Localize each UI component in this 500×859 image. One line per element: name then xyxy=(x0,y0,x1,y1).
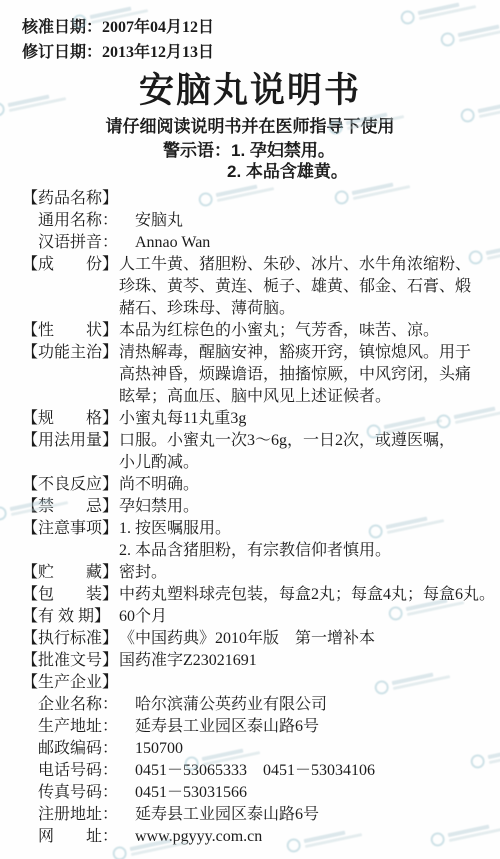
manufacturer-row-postal-code: 邮政编码： 150700 xyxy=(0,738,500,760)
production-address-value: 延寿县工业园区泰山路6号 xyxy=(135,716,500,738)
website-label: 网 址： xyxy=(38,826,135,848)
section-precautions: 【注意事项】 1. 按医嘱服用。 2. 本品含猪胆粉，有宗教信仰者慎用。 xyxy=(0,518,500,562)
section-content: 60个月 xyxy=(119,606,500,628)
section-drug-name: 【药品名称】 xyxy=(0,188,500,210)
section-adverse-reactions: 【不良反应】 尚不明确。 xyxy=(0,474,500,496)
sections: 【药品名称】 通用名称： 安脑丸 汉语拼音： Annao Wan 【成 份】 人… xyxy=(0,188,500,848)
precautions-line: 2. 本品含猪胆粉，有宗教信仰者慎用。 xyxy=(119,540,500,562)
warning-line-2: 2. 本品含雄黄。 xyxy=(227,161,500,182)
section-label: 【批准文号】 xyxy=(22,650,119,672)
pinyin-row: 汉语拼音： Annao Wan xyxy=(0,232,500,254)
functions-line: 高热神昏，烦躁谵语，抽搐惊厥，中风窍闭，头痛 xyxy=(119,364,500,386)
dosage-line: 口服。小蜜丸一次3～6g，一日2次，或遵医嘱， xyxy=(119,430,500,452)
section-content: 小蜜丸每11丸重3g xyxy=(119,408,500,430)
section-label: 【不良反应】 xyxy=(22,474,119,496)
functions-line: 眩晕；高血压、脑中风见上述证候者。 xyxy=(119,386,500,408)
ingredients-line: 人工牛黄、猪胆粉、朱砂、冰片、水牛角浓缩粉、 xyxy=(119,254,500,276)
ingredients-line: 赭石、珍珠母、薄荷脑。 xyxy=(119,298,500,320)
fax-label: 传真号码： xyxy=(38,782,135,804)
section-label: 【包 装】 xyxy=(22,584,119,606)
section-contraindications: 【禁 忌】 孕妇禁用。 xyxy=(0,496,500,518)
precautions-line: 1. 按医嘱服用。 xyxy=(119,518,500,540)
section-content: 孕妇禁用。 xyxy=(119,496,500,518)
storage-line: 密封。 xyxy=(119,562,500,584)
section-content: 密封。 xyxy=(119,562,500,584)
section-specification: 【规 格】 小蜜丸每11丸重3g xyxy=(0,408,500,430)
section-label: 【执行标准】 xyxy=(22,628,119,650)
production-address-label: 生产地址： xyxy=(38,716,135,738)
manufacturer-row-production-address: 生产地址： 延寿县工业园区泰山路6号 xyxy=(0,716,500,738)
section-label: 【贮 藏】 xyxy=(22,562,119,584)
approval-number-line: 国药准字Z23021691 xyxy=(119,650,500,672)
dosage-line: 小儿酌减。 xyxy=(119,452,500,474)
ingredients-line: 珍珠、黄芩、黄连、栀子、雄黄、郁金、石膏、煅 xyxy=(119,276,500,298)
section-label: 【成 份】 xyxy=(22,254,119,320)
generic-name-row: 通用名称： 安脑丸 xyxy=(0,210,500,232)
page-subtitle: 请仔细阅读说明书并在医师指导下使用 xyxy=(0,117,500,137)
section-storage: 【贮 藏】 密封。 xyxy=(0,562,500,584)
section-package: 【包 装】 中药丸塑料球壳包装，每盒2丸；每盒4丸；每盒6丸。 xyxy=(0,584,500,606)
section-label: 【功能主治】 xyxy=(22,342,119,408)
phone-label: 电话号码： xyxy=(38,760,135,782)
phone-value: 0451－53065333 0451－53034106 xyxy=(135,760,500,782)
revision-date: 修订日期：2013年12月13日 xyxy=(22,40,500,65)
validity-line: 60个月 xyxy=(119,606,500,628)
section-standard: 【执行标准】 《中国药典》2010年版 第一增补本 xyxy=(0,628,500,650)
company-name-label: 企业名称： xyxy=(38,694,135,716)
section-label: 【规 格】 xyxy=(22,408,119,430)
approval-date: 核准日期：2007年04月12日 xyxy=(22,15,500,40)
date-block: 核准日期：2007年04月12日 修订日期：2013年12月13日 xyxy=(0,0,500,65)
manufacturer-row-phone: 电话号码： 0451－53065333 0451－53034106 xyxy=(0,760,500,782)
section-functions: 【功能主治】 清热解毒，醒脑安神，豁痰开窍，镇惊熄风。用于 高热神昏，烦躁谵语，… xyxy=(0,342,500,408)
section-label: 【生产企业】 xyxy=(22,672,119,694)
section-label: 【禁 忌】 xyxy=(22,496,119,518)
warning-line-1: 警示语：1. 孕妇禁用。 xyxy=(163,140,500,161)
registered-address-value: 延寿县工业园区泰山路6号 xyxy=(135,804,500,826)
package-line: 中药丸塑料球壳包装，每盒2丸；每盒4丸；每盒6丸。 xyxy=(119,584,500,606)
section-label: 【性 状】 xyxy=(22,320,119,342)
standard-line: 《中国药典》2010年版 第一增补本 xyxy=(119,628,500,650)
section-label: 【药品名称】 xyxy=(22,188,119,210)
generic-name-value: 安脑丸 xyxy=(135,210,500,232)
properties-line: 本品为红棕色的小蜜丸；气芳香，味苦、凉。 xyxy=(119,320,500,342)
section-content: 本品为红棕色的小蜜丸；气芳香，味苦、凉。 xyxy=(119,320,500,342)
generic-name-label: 通用名称： xyxy=(38,210,135,232)
section-dosage: 【用法用量】 口服。小蜜丸一次3～6g，一日2次，或遵医嘱， 小儿酌减。 xyxy=(0,430,500,474)
postal-code-value: 150700 xyxy=(135,738,500,760)
section-manufacturer: 【生产企业】 xyxy=(0,672,500,694)
functions-line: 清热解毒，醒脑安神，豁痰开窍，镇惊熄风。用于 xyxy=(119,342,500,364)
section-content: 清热解毒，醒脑安神，豁痰开窍，镇惊熄风。用于 高热神昏，烦躁谵语，抽搐惊厥，中风… xyxy=(119,342,500,408)
contraindications-line: 孕妇禁用。 xyxy=(119,496,500,518)
page-title: 安脑丸说明书 xyxy=(0,72,500,110)
specification-line: 小蜜丸每11丸重3g xyxy=(119,408,500,430)
section-validity: 【有 效 期】 60个月 xyxy=(0,606,500,628)
section-label: 【用法用量】 xyxy=(22,430,119,474)
section-content: 《中国药典》2010年版 第一增补本 xyxy=(119,628,500,650)
section-content: 口服。小蜜丸一次3～6g，一日2次，或遵医嘱， 小儿酌减。 xyxy=(119,430,500,474)
section-content: 国药准字Z23021691 xyxy=(119,650,500,672)
section-content: 尚不明确。 xyxy=(119,474,500,496)
pinyin-label: 汉语拼音： xyxy=(38,232,135,254)
registered-address-label: 注册地址： xyxy=(38,804,135,826)
adverse-reactions-line: 尚不明确。 xyxy=(119,474,500,496)
fax-value: 0451－53031566 xyxy=(135,782,500,804)
section-properties: 【性 状】 本品为红棕色的小蜜丸；气芳香，味苦、凉。 xyxy=(0,320,500,342)
section-label: 【有 效 期】 xyxy=(22,606,119,628)
section-label: 【注意事项】 xyxy=(22,518,119,562)
drug-leaflet-page: 核准日期：2007年04月12日 修订日期：2013年12月13日 安脑丸说明书… xyxy=(0,0,500,859)
section-content: 1. 按医嘱服用。 2. 本品含猪胆粉，有宗教信仰者慎用。 xyxy=(119,518,500,562)
section-content: 中药丸塑料球壳包装，每盒2丸；每盒4丸；每盒6丸。 xyxy=(119,584,500,606)
section-content: 人工牛黄、猪胆粉、朱砂、冰片、水牛角浓缩粉、 珍珠、黄芩、黄连、栀子、雄黄、郁金… xyxy=(119,254,500,320)
website-value: www.pgyyy.com.cn xyxy=(135,826,500,848)
pinyin-value: Annao Wan xyxy=(135,232,500,254)
manufacturer-row-company-name: 企业名称： 哈尔滨蒲公英药业有限公司 xyxy=(0,694,500,716)
manufacturer-row-registered-address: 注册地址： 延寿县工业园区泰山路6号 xyxy=(0,804,500,826)
manufacturer-row-fax: 传真号码： 0451－53031566 xyxy=(0,782,500,804)
postal-code-label: 邮政编码： xyxy=(38,738,135,760)
section-approval-number: 【批准文号】 国药准字Z23021691 xyxy=(0,650,500,672)
manufacturer-row-website: 网 址： www.pgyyy.com.cn xyxy=(0,826,500,848)
company-name-value: 哈尔滨蒲公英药业有限公司 xyxy=(135,694,500,716)
section-ingredients: 【成 份】 人工牛黄、猪胆粉、朱砂、冰片、水牛角浓缩粉、 珍珠、黄芩、黄连、栀子… xyxy=(0,254,500,320)
